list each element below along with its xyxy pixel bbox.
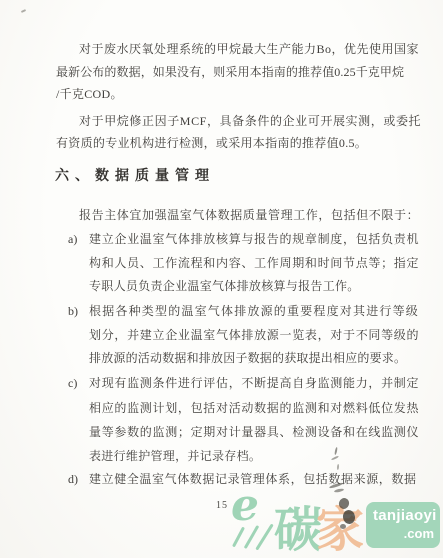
text-line: b)根据各种类型的温室气体排放源的重要程度对其进行等级	[68, 304, 419, 319]
list-marker: b)	[68, 304, 89, 319]
text-line: 量等参数的监测；定期对计量器具、检测设备和在线监测仪	[89, 425, 419, 440]
watermark-logo-e-icon: e	[231, 484, 259, 528]
text-line: 对于甲烷修正因子MCF，具备条件的企业可开展实测，或委托	[79, 114, 421, 129]
line-text: 根据各种类型的温室气体排放源的重要程度对其进行等级	[89, 304, 419, 318]
line-text: 六、数据质量管理	[55, 167, 215, 183]
watermark-domain-badge: tanjiaoyi .com	[366, 502, 440, 548]
line-text: 相应的监测计划，包括对活动数据的监测和对燃料低位发热	[89, 401, 419, 415]
line-text: 最新公布的数据，如果没有，则采用本指南的推荐值0.25千克甲烷	[56, 65, 404, 79]
text-line: 报告主体宜加强温室气体数据质量管理工作，包括但不限于：	[79, 208, 419, 223]
text-line: /千克COD。	[56, 87, 123, 102]
watermark-stroke	[244, 525, 260, 549]
text-line: 最新公布的数据，如果没有，则采用本指南的推荐值0.25千克甲烷	[56, 65, 404, 80]
watermark-domain-tld: .com	[404, 526, 434, 541]
page-number: 15	[216, 500, 228, 511]
text-line: a)建立企业温室气体排放核算与报告的规章制度，包括负责机	[68, 232, 419, 247]
line-text: /千克COD。	[56, 87, 123, 101]
line-text: 建立企业温室气体排放核算与报告的规章制度，包括负责机	[89, 232, 419, 246]
line-text: 划分，并建立企业温室气体排放源一览表，对于不同等级的	[89, 328, 419, 342]
scan-speck	[21, 9, 26, 13]
text-line: 有资质的专业机构进行检测，或采用本指南的推荐值0.5。	[56, 136, 367, 151]
line-text: 建立健全温室气体数据记录管理体系，包括数据来源，数据	[89, 472, 417, 486]
line-text: 排放源的活动数据和排放因子数据的获取提出相应的要求。	[89, 351, 406, 365]
line-text: 对于废水厌氧处理系统的甲烷最大生产能力Bo，优先使用国家	[79, 42, 419, 56]
line-text: 专职人员负责企业温室气体排放核算与报告工作。	[89, 279, 360, 293]
watermark-domain-name: tanjiaoyi	[373, 507, 437, 524]
text-line: 对于废水厌氧处理系统的甲烷最大生产能力Bo，优先使用国家	[79, 42, 419, 57]
text-line: 表进行维护管理，并记录存档。	[89, 449, 261, 464]
text-line: c)对现有监测条件进行评估，不断提高自身监测能力，并制定	[68, 376, 419, 391]
text-line: 专职人员负责企业温室气体排放核算与报告工作。	[89, 279, 360, 294]
watermark-stroke	[255, 523, 273, 550]
line-text: 表进行维护管理，并记录存档。	[89, 449, 261, 463]
watermark-stroke	[232, 527, 245, 548]
line-text: 构和人员、工作流程和内容、工作周期和时间节点等；指定	[89, 256, 419, 270]
text-line: 构和人员、工作流程和内容、工作周期和时间节点等；指定	[89, 256, 419, 271]
text-line: 划分，并建立企业温室气体排放源一览表，对于不同等级的	[89, 328, 419, 343]
line-text: 报告主体宜加强温室气体数据质量管理工作，包括但不限于：	[79, 208, 419, 222]
text-line: 相应的监测计划，包括对活动数据的监测和对燃料低位发热	[89, 401, 419, 416]
text-line: d)建立健全温室气体数据记录管理体系，包括数据来源，数据	[68, 472, 417, 487]
list-marker: c)	[68, 376, 89, 391]
list-marker: d)	[68, 472, 89, 487]
section-heading: 六、数据质量管理	[55, 168, 215, 183]
line-text: 对现有监测条件进行评估，不断提高自身监测能力，并制定	[89, 376, 419, 390]
watermark-char-tan: 碳	[274, 507, 322, 555]
list-marker: a)	[68, 232, 89, 247]
watermark-char-jia: 家	[316, 507, 364, 555]
document-page: 对于废水厌氧处理系统的甲烷最大生产能力Bo，优先使用国家最新公布的数据，如果没有…	[0, 0, 443, 558]
text-line: 排放源的活动数据和排放因子数据的获取提出相应的要求。	[89, 351, 406, 366]
line-text: 量等参数的监测；定期对计量器具、检测设备和在线监测仪	[89, 425, 419, 439]
line-text: 对于甲烷修正因子MCF，具备条件的企业可开展实测，或委托	[79, 114, 421, 128]
line-text: 有资质的专业机构进行检测，或采用本指南的推荐值0.5。	[56, 136, 367, 150]
